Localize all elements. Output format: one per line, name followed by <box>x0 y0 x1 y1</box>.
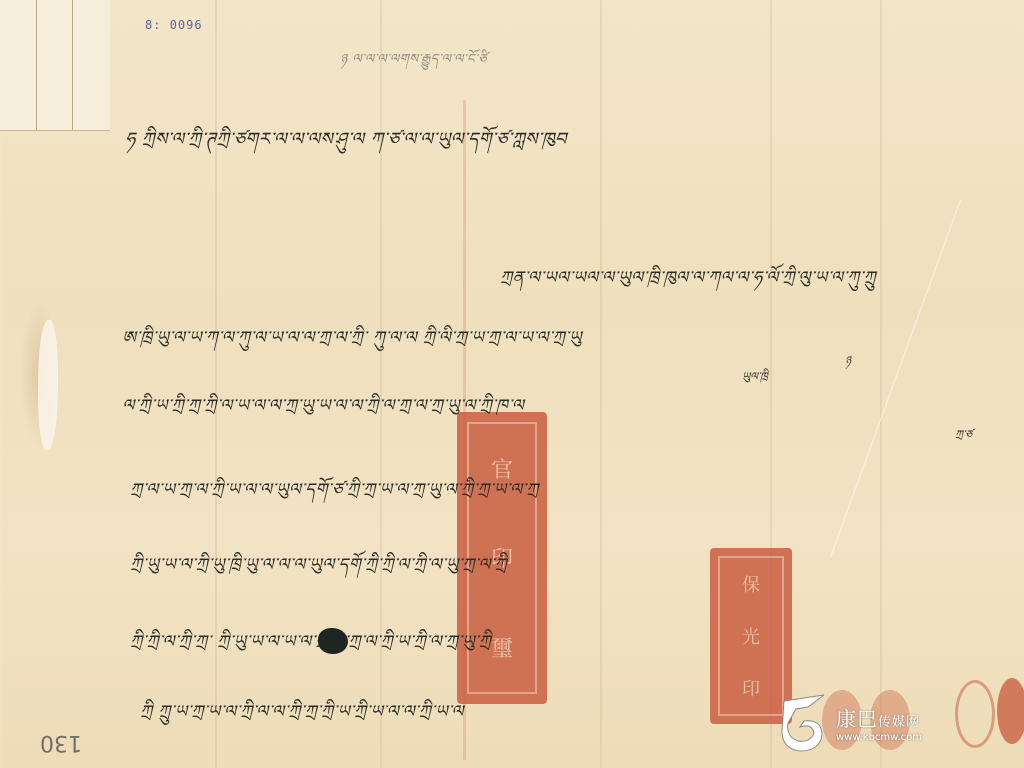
manuscript-line-4: ལ་ཀྲི་ཡ་ཀྲི་ཀྲ་ཀྲི་ལ་ཡ་ལ་ལ་ཀྲ་ཡུ་ཡ་ལ་ལ་ཀ… <box>122 386 524 434</box>
margin-page-number: 130 <box>40 730 82 755</box>
seal-char: 璽 <box>491 632 513 663</box>
paper-crease <box>880 0 882 768</box>
manuscript-line-5: ཀྲ་ལ་ཡ་ཀྲ་ལ་ཀྲི་ཡ་ལ་ལ་ཡུལ་དགོ་ཙ་ཀྲི་ཀྲ་ཡ… <box>130 470 538 518</box>
round-seal <box>997 678 1024 744</box>
watermark-url: www.kbcmw.com <box>836 732 922 743</box>
archive-number: 0096 <box>170 18 203 32</box>
manuscript-line-8: ཀྲི ཀྲུ་ཡ་ཀྲ་ཡ་ལ་ཀྲི་ལ་ལ་ཀྲི་ཀྲ་ཀྲི་ཡ་ཀྲ… <box>140 692 464 740</box>
manuscript-paper: 8: 0096 ཉ ལ་ལ་ལ་ལགས་རྒྱུད་ལ་ལ་ངོ་ཙི 官 印 … <box>0 0 1024 768</box>
kbcmw-logo-icon <box>778 693 830 753</box>
watermark-title-big: 康巴 <box>836 707 878 731</box>
archive-number-stamp: 8: 0096 <box>145 18 203 32</box>
faint-heading: ཉ ལ་ལ་ལ་ལགས་རྒྱུད་ལ་ལ་ངོ་ཙི <box>340 44 487 81</box>
seal-char: 光 <box>742 623 760 649</box>
interlinear-annotation: ཡུལ་ཁྲི <box>742 364 768 395</box>
attached-paper-tab <box>0 0 110 131</box>
manuscript-line-6: ཀྲི་ཡུ་ཡ་ལ་ཀྲི་ཡུ་ཁྲི་ཡུ་ལ་ལ་ལ་ཡུལ་དགོ་ཀ… <box>130 545 507 593</box>
manuscript-line-2: ཀྲན་ལ་ཡལ་ཡལ་ལ་ཡུལ་ཁྲི་ཁུལ་ལ་ཀལ་ལ་ཧ་ལོ་ཀྲ… <box>500 258 876 306</box>
archive-mark: 8 <box>145 18 153 32</box>
seal-char: 印 <box>742 675 760 701</box>
margin-annotation: ཀྲ་ཙ <box>955 422 972 453</box>
ink-blot <box>318 628 348 654</box>
manuscript-line-7: ཀྲི་ཀྲི་ལ་ཀྲི་ཀྲ་ ཀྲི་ཡུ་ཡ་ལ་ཡ་ལ་ཀྲ་ཡ་ཀྲ… <box>130 622 491 670</box>
watermark-title-small: 传媒网 <box>878 715 920 730</box>
tab-rule <box>36 0 37 130</box>
seal-char: 保 <box>742 571 760 597</box>
tab-rule <box>72 0 73 130</box>
margin-annotation: ཉ <box>845 348 851 379</box>
paper-tear <box>38 320 58 450</box>
kbcmw-watermark: 康巴传媒网 www.kbcmw.com <box>778 688 978 758</box>
watermark-title: 康巴传媒网 <box>836 703 922 732</box>
manuscript-line-1: ཧ ཀྲིས་ལ་ཀྲི་ཊཀྲི་ཙགར་ལ་ལ་ལས་ཤུ་ལ ཀ་ཙ་ལ་… <box>125 120 567 170</box>
manuscript-line-3: ཨ་ཁྲི་ཡུ་ལ་ཡ་ཀ་ལ་ཀུ་ལ་ཡ་ལ་ལ་ཀྲ་ལ་ཀྲི་ ཀུ… <box>122 318 582 366</box>
paper-crease <box>600 0 602 768</box>
